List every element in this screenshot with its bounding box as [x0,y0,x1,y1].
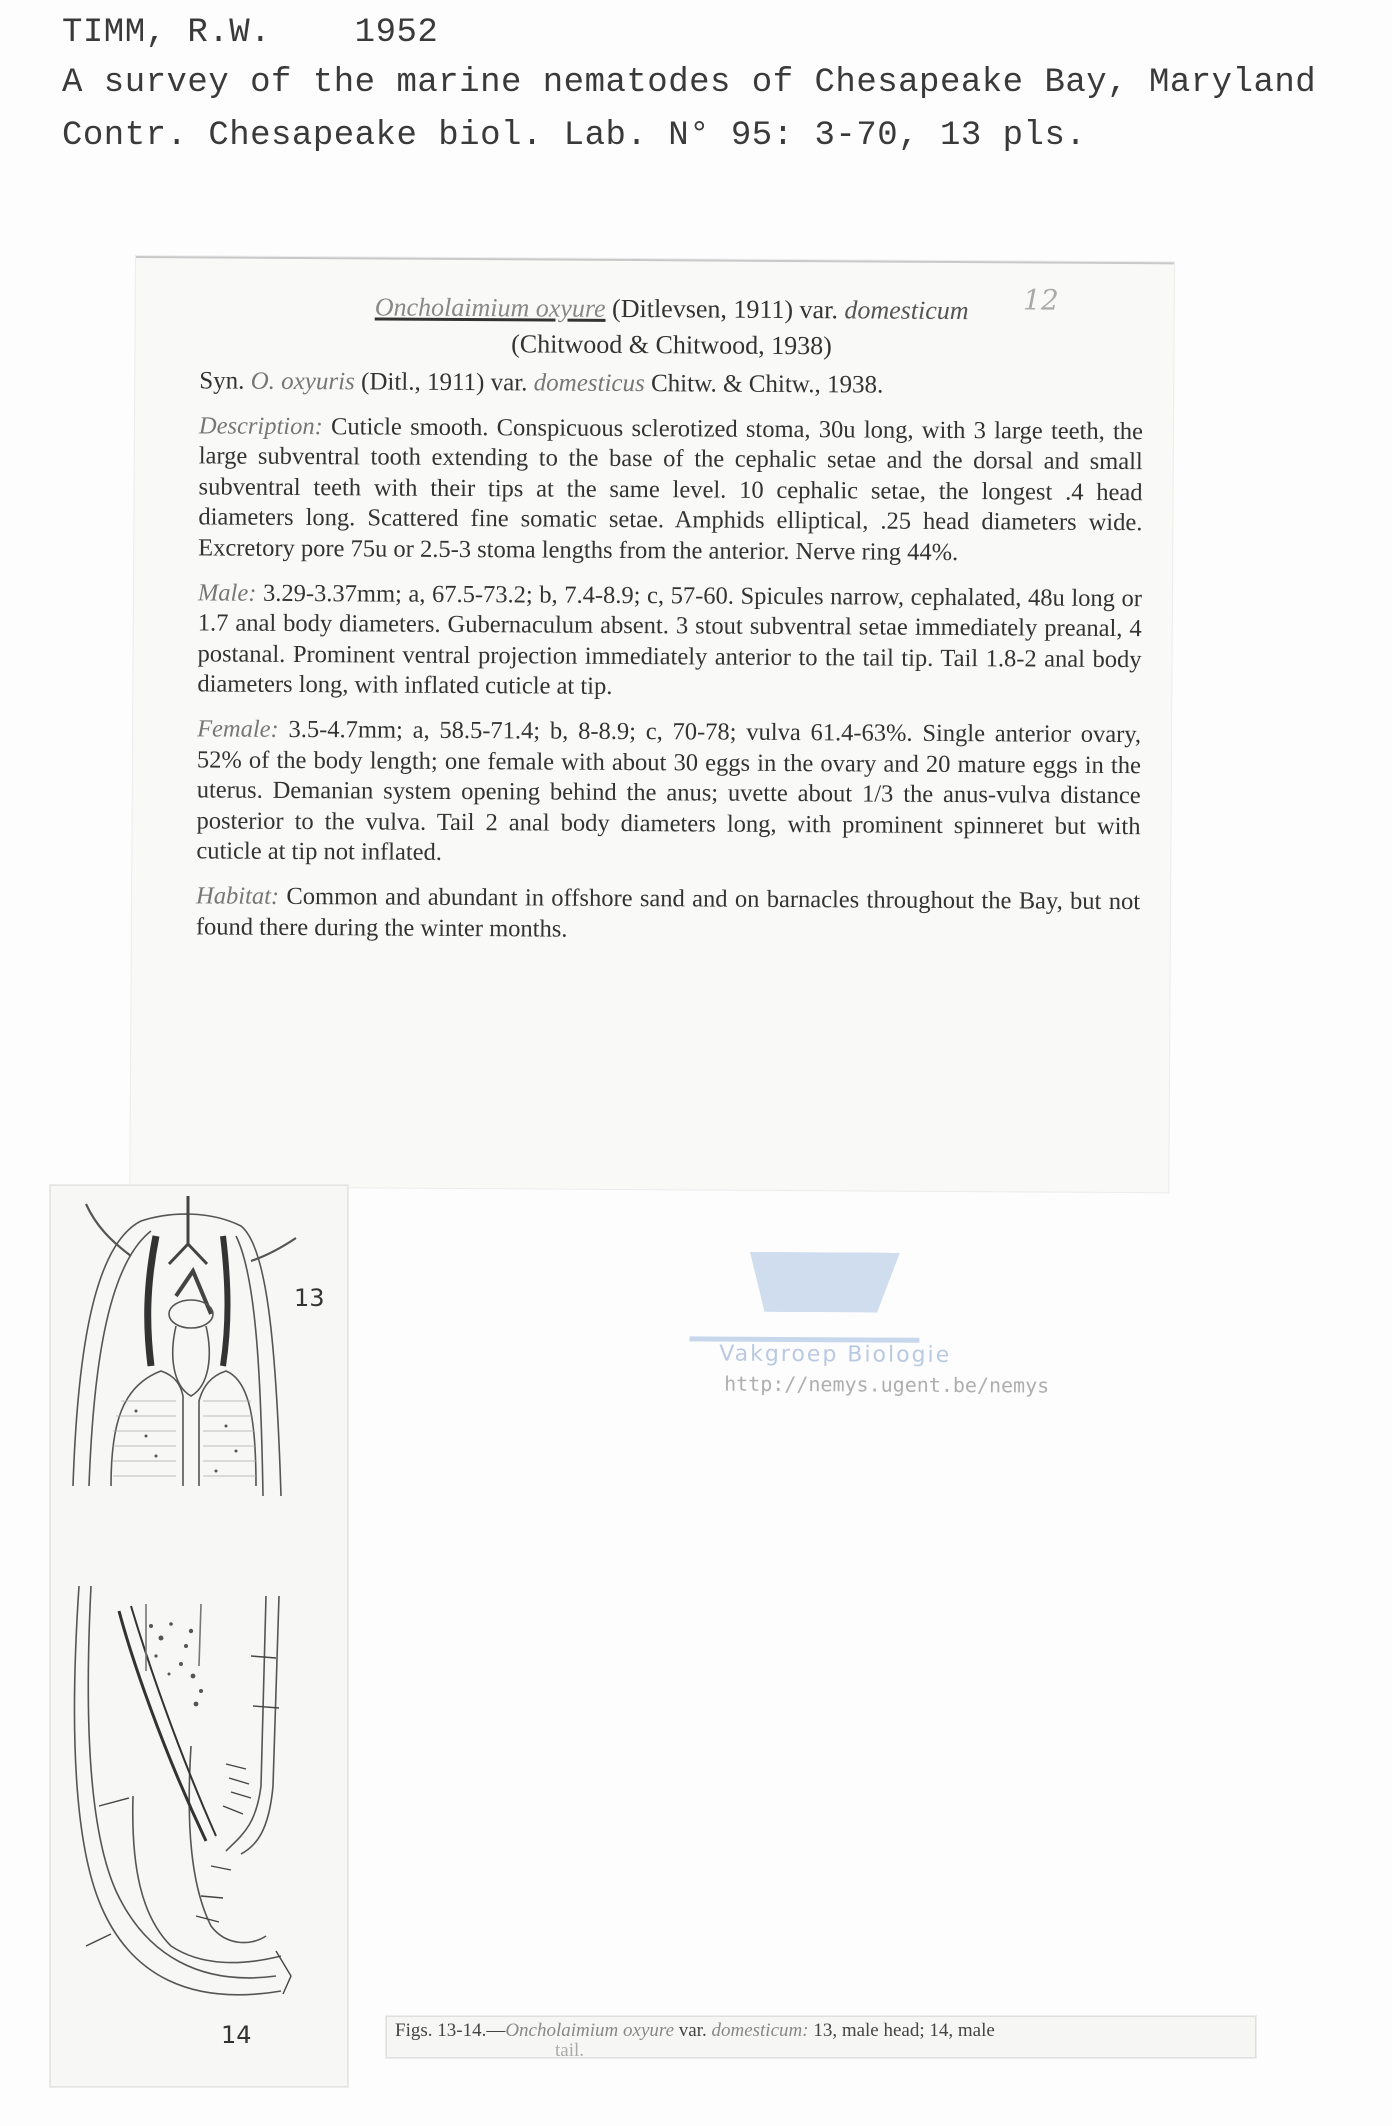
figure-14-label: 14 [221,2021,252,2049]
male-label: Male: [198,579,257,606]
synonym-line: Syn. O. oxyuris (Ditl., 1911) var. domes… [199,366,1143,402]
female-text: 3.5-4.7mm; a, 58.5-71.4; b, 8-8.9; c, 70… [196,716,1141,866]
reference-source: Contr. Chesapeake biol. Lab. N° 95: 3-70… [62,117,1086,155]
species-author: (Ditlevsen, 1911) var. [612,294,838,324]
female-paragraph: Female: 3.5-4.7mm; a, 58.5-71.4; b, 8-8.… [196,714,1141,873]
female-label: Female: [197,715,279,742]
figure-clipping: 13 14 [50,1185,348,2087]
description-label: Description: [199,412,323,440]
synonym-variety: domesticus [534,369,645,397]
watermark-url: http://nemys.ugent.be/nemys [724,1372,1049,1398]
variety-name: domesticum [844,295,968,325]
caption-variety: domesticum: [711,2020,808,2041]
figure-13-label: 13 [294,1284,325,1312]
year: 1952 [355,14,439,52]
author: TIMM, R.W. [62,14,271,52]
watermark-text: Vakgroep Biologie [719,1342,951,1368]
watermark: Vakgroep Biologie http://nemys.ugent.be/… [729,1242,930,1373]
figure-caption: Figs. 13-14.—Oncholaimium oxyure var. do… [395,2021,1247,2061]
description-paragraph: Description: Cuticle smooth. Conspicuous… [198,411,1143,570]
figure-caption-clipping: Figs. 13-14.—Oncholaimium oxyure var. do… [386,2016,1256,2058]
male-paragraph: Male: 3.29-3.37mm; a, 67.5-73.2; b, 7.4-… [197,578,1142,706]
caption-species: Oncholaimium oxyure [505,2020,674,2041]
species-description-clipping: 12 Oncholaimium oxyure (Ditlevsen, 1911)… [130,256,1174,1192]
variety-author: (Chitwood & Chitwood, 1938) [511,329,832,360]
male-text: 3.29-3.37mm; a, 67.5-73.2; b, 7.4-8.9; c… [197,579,1142,700]
watermark-logo-icon [750,1252,900,1313]
habitat-label: Habitat: [196,882,279,910]
species-title: Oncholaimium oxyure (Ditlevsen, 1911) va… [199,288,1143,366]
reference-title: A survey of the marine nematodes of Ches… [62,64,1316,102]
description-text: Cuticle smooth. Conspicuous sclerotized … [198,413,1143,566]
nematode-drawing-icon [51,1186,347,2086]
habitat-text: Common and abundant in offshore sand and… [196,883,1140,942]
habitat-paragraph: Habitat: Common and abundant in offshore… [196,881,1140,948]
synonym-name: O. oxyuris [251,368,355,396]
reference-author-year: TIMM, R.W. 1952 [62,14,438,52]
species-name: Oncholaimium oxyure [375,292,606,322]
